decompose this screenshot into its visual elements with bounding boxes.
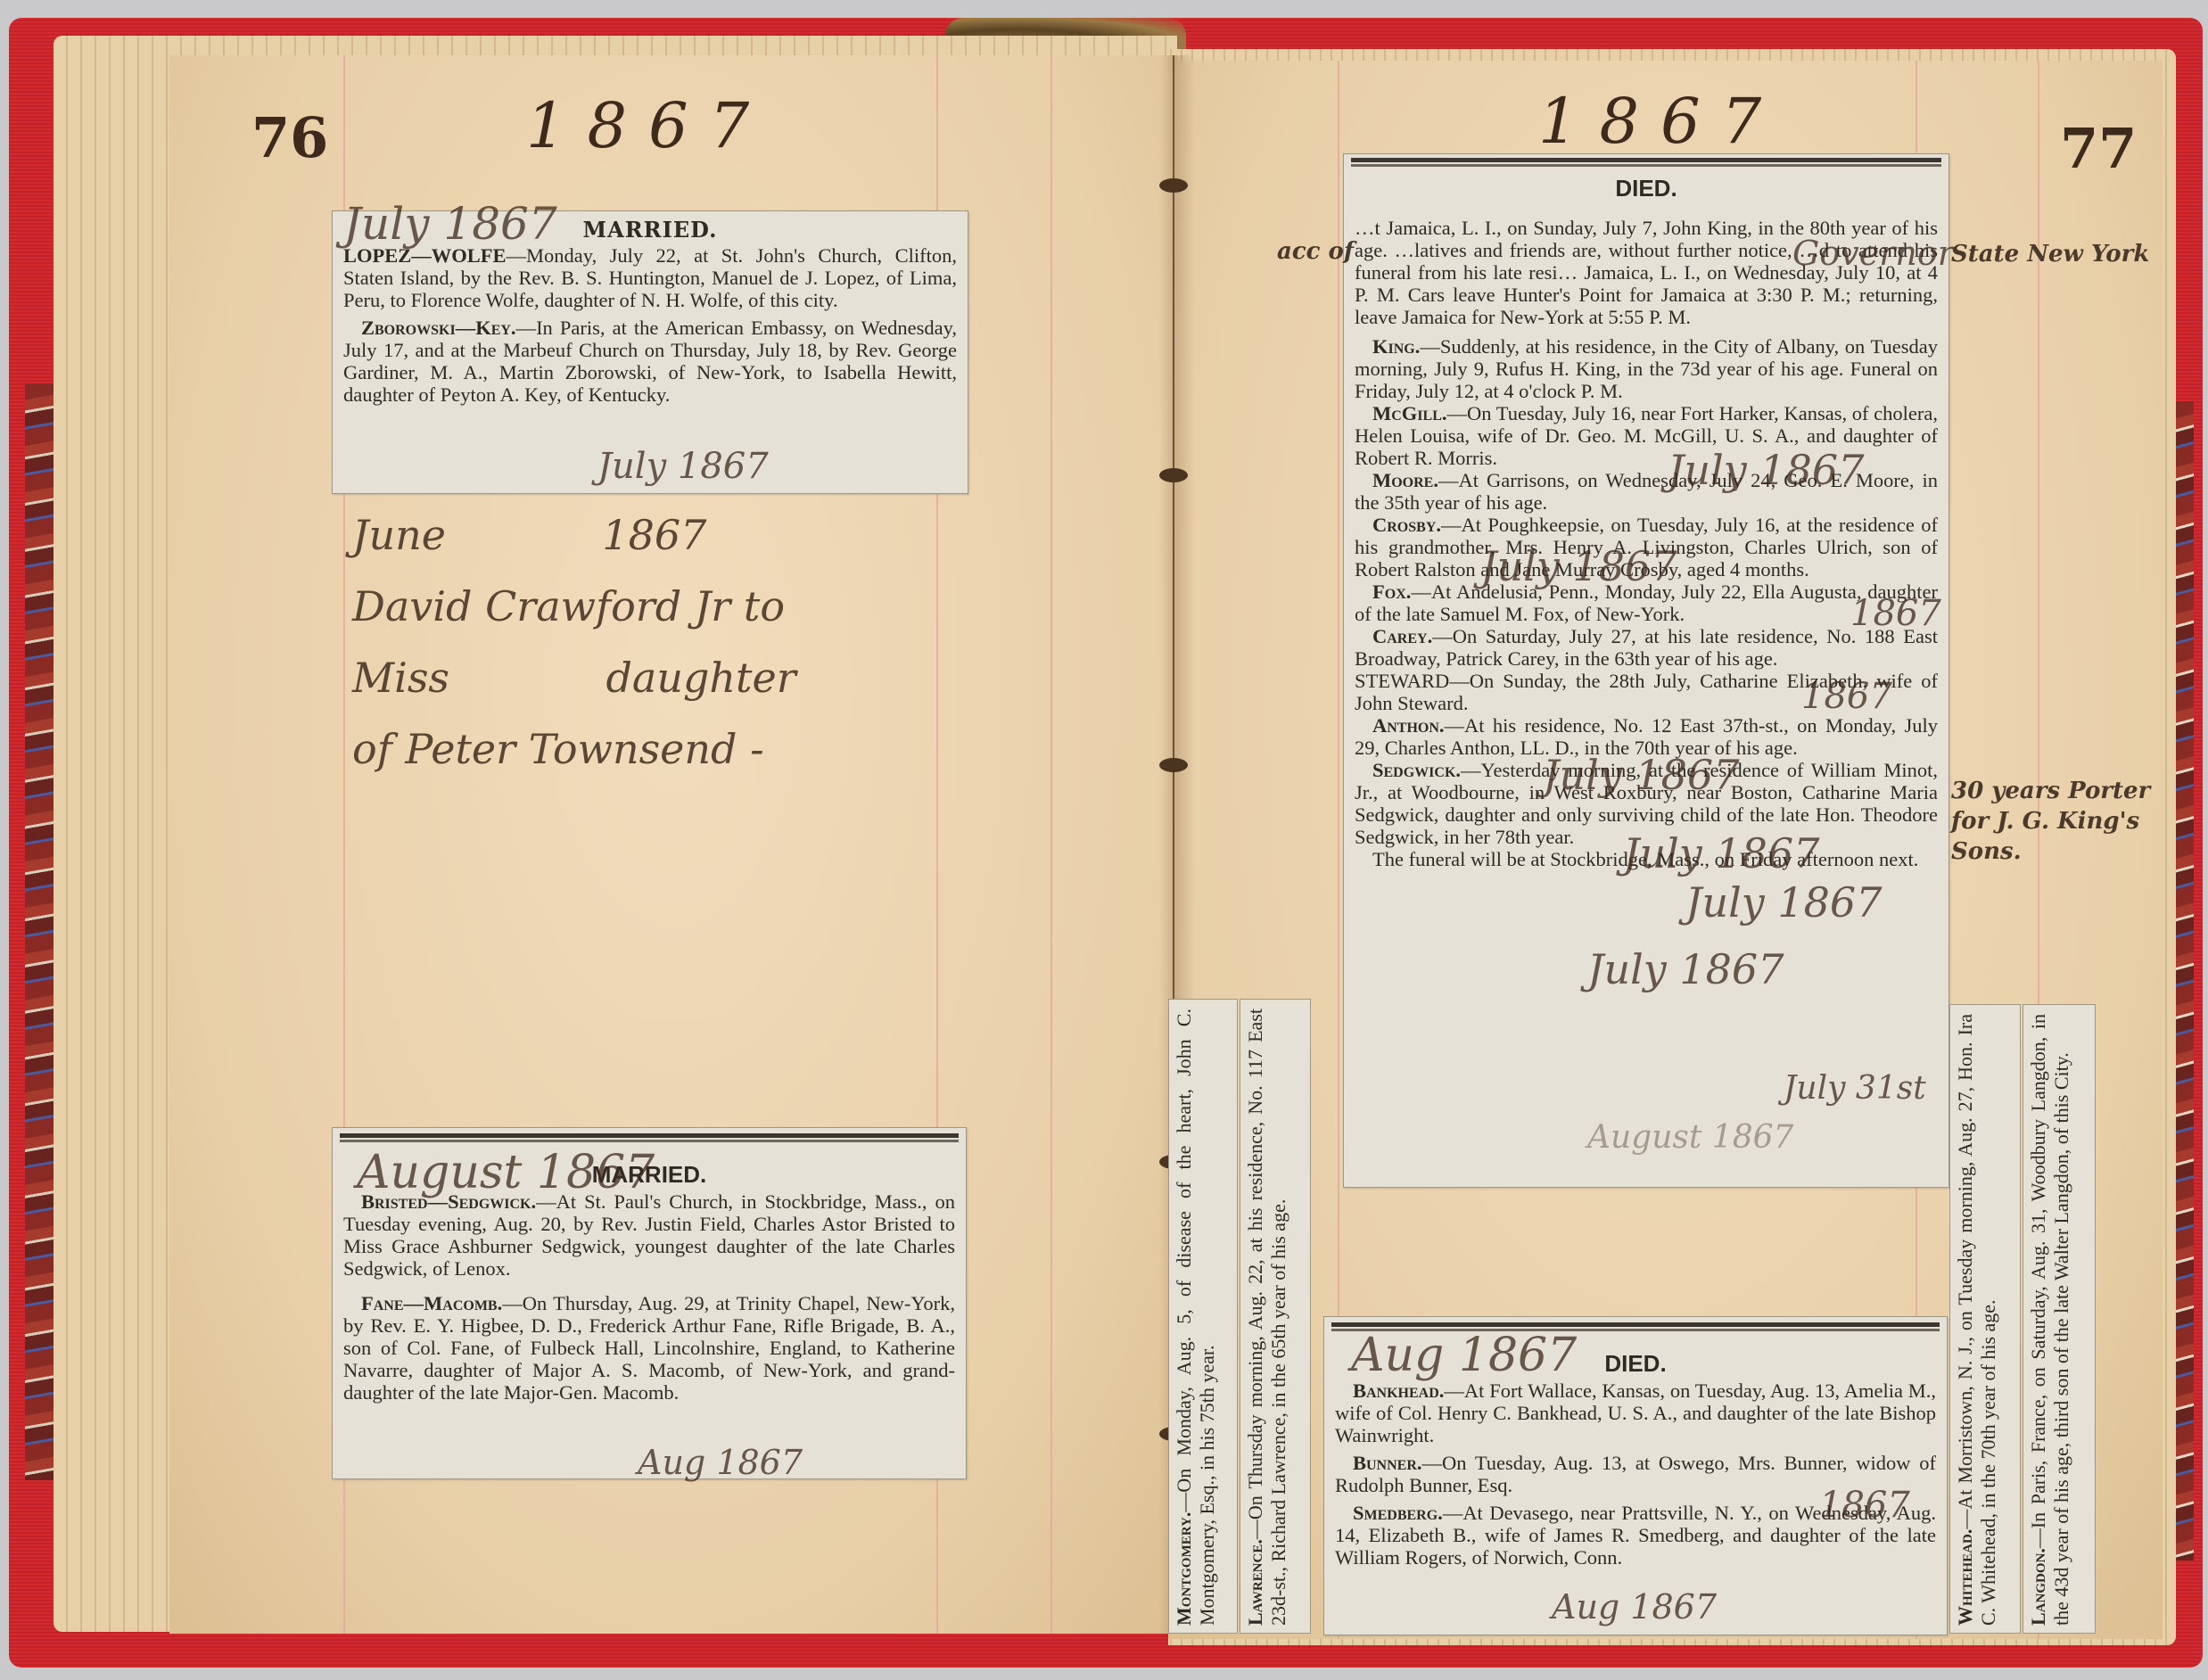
notice-lopez-wolfe: LOPEZ—WOLFE—Monday, July 22, at St. John… xyxy=(343,244,957,311)
notice-bankhead: Bankhead.—At Fort Wallace, Kansas, on Tu… xyxy=(1335,1379,1936,1446)
clipping-heading: MARRIED. xyxy=(343,217,957,243)
clipping-lawrence-strip: Lawrence.—On Thursday morning, Aug. 22, … xyxy=(1240,999,1311,1634)
page-number-right: 77 xyxy=(2060,116,2137,181)
margin-note-state-new-york: State New York xyxy=(1951,239,2149,269)
stitch-hole xyxy=(1159,178,1188,193)
notice-sedgwick: Sedgwick.—Yesterday morning, at the resi… xyxy=(1355,759,1938,848)
notice-rufus-king: King.—Suddenly, at his residence, in the… xyxy=(1355,335,1938,402)
year-heading-right: 1867 xyxy=(1538,85,1783,158)
page-number-left: 76 xyxy=(251,105,328,170)
stitch-hole xyxy=(1159,468,1188,482)
notice-carey: Carey.—On Saturday, July 27, at his late… xyxy=(1355,625,1938,670)
notice-langdon: Langdon.—In Paris, France, on Saturday, … xyxy=(2027,1014,2073,1626)
notice-john-king: …t Jamaica, L. I., on Sunday, July 7, Jo… xyxy=(1355,217,1938,328)
notice-fox: Fox.—At Andelusia, Penn., Monday, July 2… xyxy=(1355,581,1938,625)
clipping-whitehead-strip: Whitehead.—At Morristown, N. J., on Tues… xyxy=(1949,1004,2021,1634)
notice-montgomery: Montgomery.—On Monday, Aug. 5, of diseas… xyxy=(1173,1009,1219,1626)
notice-bristed-sedgwick: Bristed—Sedgwick.—At St. Paul's Church, … xyxy=(343,1190,955,1280)
margin-note-left: acc of xyxy=(1277,236,1354,267)
clipping-married-july: MARRIED. LOPEZ—WOLFE—Monday, July 22, at… xyxy=(332,210,968,494)
clipping-died-july: DIED. …t Jamaica, L. I., on Sunday, July… xyxy=(1343,153,1949,1188)
notice-smedberg: Smedberg.—At Devasego, near Prattsville,… xyxy=(1335,1502,1936,1569)
notice-zborowski-key: Zborowski—Key.—In Paris, at the American… xyxy=(343,317,957,406)
notice-anthon: Anthon.—At his residence, No. 12 East 37… xyxy=(1355,714,1938,759)
margin-rule xyxy=(1050,55,1052,1634)
notice-bunner: Bunner.—On Tuesday, Aug. 13, at Oswego, … xyxy=(1335,1452,1936,1496)
year-heading-left: 1867 xyxy=(526,89,770,162)
notice-moore: Moore.—At Garrisons, on Wednesday, July … xyxy=(1355,469,1938,514)
clipping-heading: DIED. xyxy=(1335,1350,1936,1378)
notice-whitehead: Whitehead.—At Morristown, N. J., on Tues… xyxy=(1954,1014,2000,1626)
notice-lawrence: Lawrence.—On Thursday morning, Aug. 22, … xyxy=(1244,1009,1290,1626)
notice-sedgwick-funeral: The funeral will be at Stockbridge, Mass… xyxy=(1355,848,1938,870)
clipping-died-august: DIED. Bankhead.—At Fort Wallace, Kansas,… xyxy=(1323,1316,1948,1635)
stitch-hole xyxy=(1159,758,1188,772)
clipping-rule xyxy=(1351,158,1941,164)
margin-note-porter: 30 years Porter for J. G. King's Sons. xyxy=(1951,776,2156,867)
notice-mcgill: McGill.—On Tuesday, July 16, near Fort H… xyxy=(1355,402,1938,469)
clipping-heading: DIED. xyxy=(1355,175,1938,202)
clipping-heading: MARRIED. xyxy=(343,1161,955,1189)
clipping-langdon-strip: Langdon.—In Paris, France, on Saturday, … xyxy=(2023,1004,2096,1634)
notice-fane-macomb: Fane—Macomb.—On Thursday, Aug. 29, at Tr… xyxy=(343,1292,955,1404)
clipping-married-august: MARRIED. Bristed—Sedgwick.—At St. Paul's… xyxy=(332,1127,967,1479)
notice-crosby: Crosby.—At Poughkeepsie, on Tuesday, Jul… xyxy=(1355,514,1938,581)
clipping-rule xyxy=(340,1133,959,1140)
handwritten-marriage-note: June 1867 David Crawford Jr to Miss daug… xyxy=(352,499,796,785)
notice-steward: STEWARD—On Sunday, the 28th July, Cathar… xyxy=(1355,670,1938,714)
clipping-montgomery-strip: Montgomery.—On Monday, Aug. 5, of diseas… xyxy=(1168,999,1238,1634)
clipping-rule xyxy=(1331,1322,1940,1329)
